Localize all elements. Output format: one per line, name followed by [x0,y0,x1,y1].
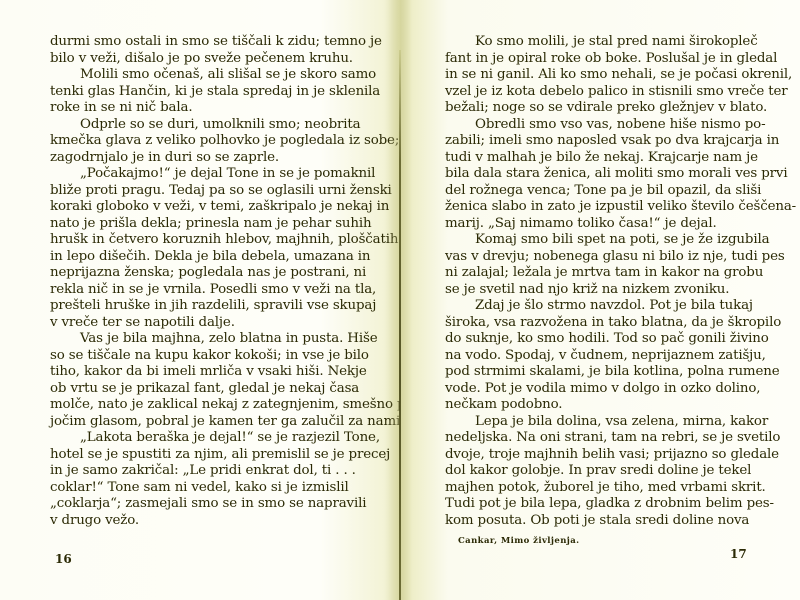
text-line: Tudi pot je bila lepa, gladka z drobnim … [445,496,742,513]
text-line: dvoje, troje majhnih belih vasi; prijazn… [445,447,742,464]
text-line: ni zalajal; ležala je mrtva tam in kakor… [445,265,742,282]
text-line: so se tiščale na kupu kakor kokoši; in v… [50,348,346,365]
text-line: kom posuta. Ob poti je stala sredi dolin… [445,513,742,530]
text-line: na vodo. Spodaj, v čudnem, neprijaznem z… [445,348,742,365]
text-line: fant in je opiral roke ob boke. Poslušal… [445,51,742,68]
text-line: dol kakor golobje. In prav sredi doline … [445,463,742,480]
text-line: tiho, kakor da bi imeli mrliča v vsaki h… [50,364,346,381]
text-line: in lepo dišečih. Dekla je bila debela, u… [50,249,346,266]
signature-footer: Cankar, Mimo življenja. [458,536,580,546]
text-line: bežali; noge so se vdirale preko gležnje… [445,100,742,117]
text-line: „Počakajmo!“ je dejal Tone in se je poma… [50,166,346,183]
left-page: durmi smo ostali in smo se tiščali k zid… [0,0,400,600]
text-line: do suknje, ko smo hodili. Tod so pač gon… [445,331,742,348]
text-line: bliže proti pragu. Tedaj pa so se oglasi… [50,183,346,200]
page-number-left: 16 [55,552,72,566]
right-page-text: Ko smo molili, je stal pred nami širokop… [445,34,742,529]
text-line: nedeljska. Na oni strani, tam na rebri, … [445,430,742,447]
text-line: molče, nato je zaklical nekaj z zategnje… [50,397,346,414]
text-line: koraki globoko v veži, v temi, zaškripal… [50,199,346,216]
text-line: Obredli smo vso vas, nobene hiše nismo p… [445,117,742,134]
text-line: kmečka glava z veliko polhovko je pogled… [50,133,346,150]
text-line: tenki glas Hančin, ki je stala spredaj i… [50,84,346,101]
text-line: bilo v veži, dišalo je po sveže pečenem … [50,51,346,68]
text-line: Vas je bila majhna, zelo blatna in pusta… [50,331,346,348]
text-line: se je svetil nad njo križ na nizkem zvon… [445,282,742,299]
text-line: neprijazna ženska; pogledala nas je post… [50,265,346,282]
text-line: tudi v malhah je bilo že nekaj. Krajcarj… [445,150,742,167]
text-line: Komaj smo bili spet na poti, se je že iz… [445,232,742,249]
text-line: roke in se ni nič bala. [50,100,346,117]
left-page-text: durmi smo ostali in smo se tiščali k zid… [50,34,346,529]
text-line: vzel je iz kota debelo palico in stisnil… [445,84,742,101]
page-number-right: 17 [730,547,747,561]
text-line: jočim glasom, pobral je kamen ter ga zal… [50,414,346,431]
text-line: in je samo zakričal: „Le pridi enkrat do… [50,463,346,480]
text-line: pod strmimi skalami, je bila kotlina, po… [445,364,742,381]
text-line: vas v drevju; nobenega glasu ni bilo iz … [445,249,742,266]
text-line: coklar!“ Tone sam ni vedel, kako si je i… [50,480,346,497]
text-line: „coklarja“; zasmejali smo se in smo se n… [50,496,346,513]
text-line: Odprle so se duri, umolknili smo; neobri… [50,117,346,134]
text-line: v vreče ter se napotili dalje. [50,315,346,332]
text-line: ob vrtu se je prikazal fant, gledal je n… [50,381,346,398]
text-line: Lepa je bila dolina, vsa zelena, mirna, … [445,414,742,431]
text-line: v drugo vežo. [50,513,346,530]
text-line: durmi smo ostali in smo se tiščali k zid… [50,34,346,51]
text-line: nečkam podobno. [445,397,742,414]
text-line: Ko smo molili, je stal pred nami širokop… [445,34,742,51]
text-line: zagodrnjalo je in duri so se zaprle. [50,150,346,167]
text-line: zabili; imeli smo naposled vsak po dva k… [445,133,742,150]
text-line: vode. Pot je vodila mimo v dolgo in ozko… [445,381,742,398]
text-line: bila dala stara ženica, ali moliti smo m… [445,166,742,183]
text-line: marij. „Saj nimamo toliko časa!“ je deja… [445,216,742,233]
right-page: Ko smo molili, je stal pred nami širokop… [400,0,800,600]
text-line: del rožnega venca; Tone pa je bil opazil… [445,183,742,200]
text-line: hrušk in četvero koruznih hlebov, majhni… [50,232,346,249]
text-line: prešteli hruške in jih razdelili, spravi… [50,298,346,315]
text-line: široka, vsa razvožena in tako blatna, da… [445,315,742,332]
text-line: „Lakota beraška je dejal!“ se je razjezi… [50,430,346,447]
text-line: nato je prišla dekla; prinesla nam je pe… [50,216,346,233]
text-line: rekla nič in se je vrnila. Posedli smo v… [50,282,346,299]
text-line: ženica slabo in zato je izpustil veliko … [445,199,742,216]
text-line: hotel se je spustiti za njim, ali premis… [50,447,346,464]
text-line: majhen potok, žuborel je tiho, med vrbam… [445,480,742,497]
text-line: Zdaj je šlo strmo navzdol. Pot je bila t… [445,298,742,315]
book-spine-crease [399,50,401,600]
text-line: Molili smo očenaš, ali slišal se je skor… [50,67,346,84]
text-line: in se ni ganil. Ali ko smo nehali, se je… [445,67,742,84]
